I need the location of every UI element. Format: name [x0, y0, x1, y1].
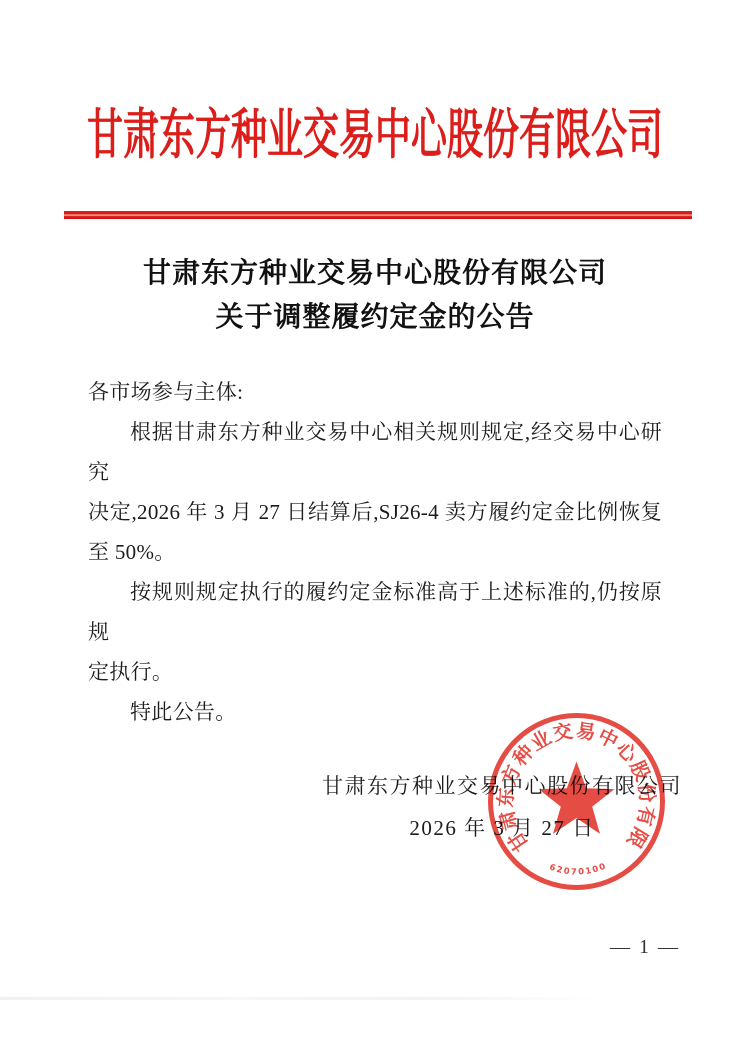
letterhead-divider-line [64, 211, 692, 219]
page-number: — 1 — [610, 936, 680, 959]
body-text-line: 根据甘肃东方种业交易中心相关规则规定,经交易中心研究 [88, 412, 662, 492]
official-seal-icon: 甘肃东方种业交易中心股份有限公司 6207010021824 [484, 709, 669, 894]
announcement-body: 各市场参与主体: 根据甘肃东方种业交易中心相关规则规定,经交易中心研究 决定,2… [88, 372, 662, 732]
document-page: 甘肃东方种业交易中心股份有限公司 甘肃东方种业交易中心股份有限公司 关于调整履约… [0, 0, 750, 1061]
body-text-line: 决定,2026 年 3 月 27 日结算后,SJ26-4 卖方履约定金比例恢复 [88, 492, 662, 532]
announcement-title-line2: 关于调整履约定金的公告 [0, 296, 750, 340]
body-text-line: 至 50%。 [88, 532, 662, 572]
body-text-line: 按规则规定执行的履约定金标准高于上述标准的,仍按原规 [88, 572, 662, 652]
seal-star-icon [539, 762, 615, 834]
announcement-title: 甘肃东方种业交易中心股份有限公司 关于调整履约定金的公告 [0, 252, 750, 340]
scan-artifact [0, 997, 600, 1000]
body-text-line: 定执行。 [88, 652, 662, 692]
company-letterhead: 甘肃东方种业交易中心股份有限公司 [0, 93, 750, 177]
announcement-title-line1: 甘肃东方种业交易中心股份有限公司 [0, 252, 750, 296]
body-salutation: 各市场参与主体: [88, 372, 662, 412]
